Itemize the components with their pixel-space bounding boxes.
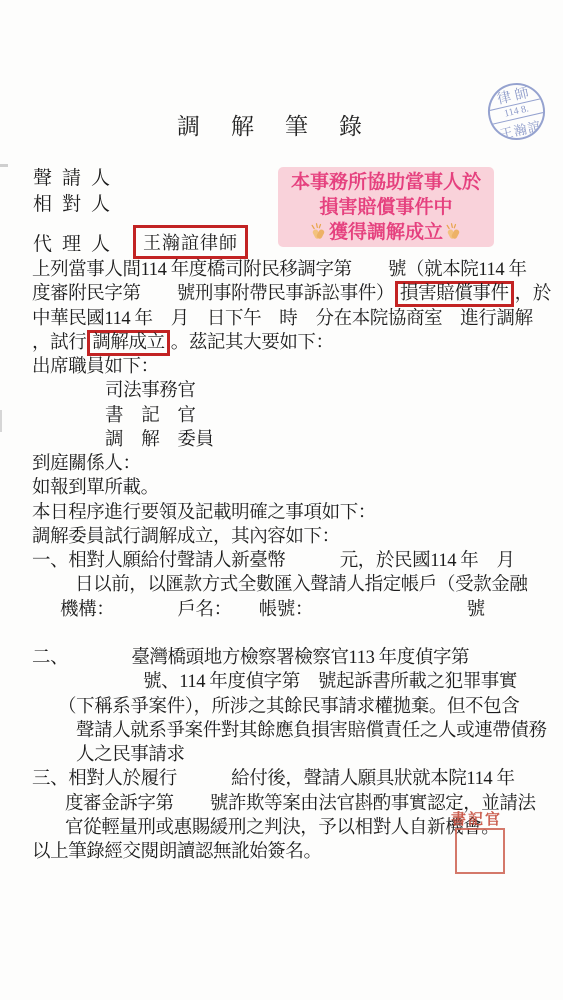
body-line: 三、相對人於履行 給付後，聲請人願具狀就本院114 年 <box>32 767 552 791</box>
body-line: 出席職員如下： <box>32 355 552 379</box>
body-line: 二、 臺灣橋頭地方檢察署檢察官113 年度偵字第 <box>32 646 552 670</box>
body-text: ，試行 <box>32 333 86 353</box>
scan-artifact <box>0 410 2 432</box>
body-text: 。茲記其大要如下： <box>171 333 334 353</box>
body-text: 度審附民字第 號刑事附帶民事訴訟事件） <box>32 284 394 304</box>
respondent-label: 相對人 <box>33 189 120 216</box>
clap-hands-icon <box>309 223 328 242</box>
agent-name-highlight: 王瀚誼律師 <box>133 225 248 259</box>
damage-case-highlight: 損害賠償事件 <box>395 281 514 307</box>
body-line: 本日程序進行要領及記載明確之事項如下： <box>32 501 552 525</box>
body-line: 書 記 官 <box>32 404 552 428</box>
scan-artifact <box>0 164 8 167</box>
clap-hands-icon <box>444 223 463 242</box>
promo-line-1: 本事務所協助當事人於 <box>291 170 481 195</box>
body-line: 聲請人就系爭案件對其餘應負損害賠償責任之人或連帶債務 <box>32 719 552 743</box>
body-line: 機構： 戶名： 帳號： 號 <box>32 598 552 622</box>
document-body: 上列當事人間114 年度橋司附民移調字第 號（就本院114 年 度審附民字第 號… <box>32 258 552 864</box>
document-title: 調解筆錄 <box>177 108 393 141</box>
body-line: 人之民事請求 <box>32 743 552 767</box>
respondent-row: 相對人 <box>33 189 120 216</box>
body-line: 上列當事人間114 年度橋司附民移調字第 號（就本院114 年 <box>32 258 552 282</box>
body-line: 一、相對人願給付聲請人新臺幣 元，於民國114 年 月 <box>32 549 552 573</box>
body-line: 如報到單所載。 <box>32 476 552 500</box>
promo-line-3: 獲得調解成立 <box>309 220 463 245</box>
mediation-success-highlight: 調解成立 <box>87 330 169 356</box>
body-line: ，試行調解成立。茲記其大要如下： <box>32 331 552 355</box>
promo-highlight-box: 本事務所協助當事人於 損害賠償事件中 獲得調解成立 <box>278 167 494 247</box>
body-text: ，於 <box>515 284 551 304</box>
promo-line-2: 損害賠償事件中 <box>319 195 452 220</box>
body-line-blank <box>32 622 552 646</box>
body-line: 司法事務官 <box>32 379 552 403</box>
body-line: （下稱系爭案件），所涉之其餘民事請求權拋棄。但不包含 <box>32 695 552 719</box>
agent-row: 代理人 王瀚誼律師 <box>33 225 248 259</box>
body-line: 調解委員試行調解成立，其內容如下： <box>32 525 552 549</box>
clerk-stamp-label: 書記官 <box>451 808 502 829</box>
clerk-stamp-box <box>455 828 505 874</box>
body-line: 中華民國114 年 月 日下午 時 分在本院協商室 進行調解 <box>32 307 552 331</box>
petitioner-label: 聲請人 <box>33 163 120 190</box>
body-line: 到庭關係人： <box>32 452 552 476</box>
body-line: 調 解 委員 <box>32 428 552 452</box>
agent-label: 代理人 <box>33 229 120 256</box>
promo-line-3-text: 獲得調解成立 <box>329 220 443 245</box>
body-line: 度審附民字第 號刑事附帶民事訴訟事件）損害賠償事件，於 <box>32 282 552 306</box>
body-line: 號、114 年度偵字第 號起訴書所載之犯罪事實 <box>32 670 552 694</box>
petitioner-row: 聲請人 <box>33 163 120 190</box>
lawyer-seal-stamp: 律師 114 8. 王瀚誼 <box>482 77 550 145</box>
body-line: 日以前，以匯款方式全數匯入聲請人指定帳戶（受款金融 <box>32 573 552 597</box>
mediation-record-document: 調解筆錄 律師 114 8. 王瀚誼 本事務所協助當事人於 損害賠償事件中 獲得… <box>0 0 563 1000</box>
